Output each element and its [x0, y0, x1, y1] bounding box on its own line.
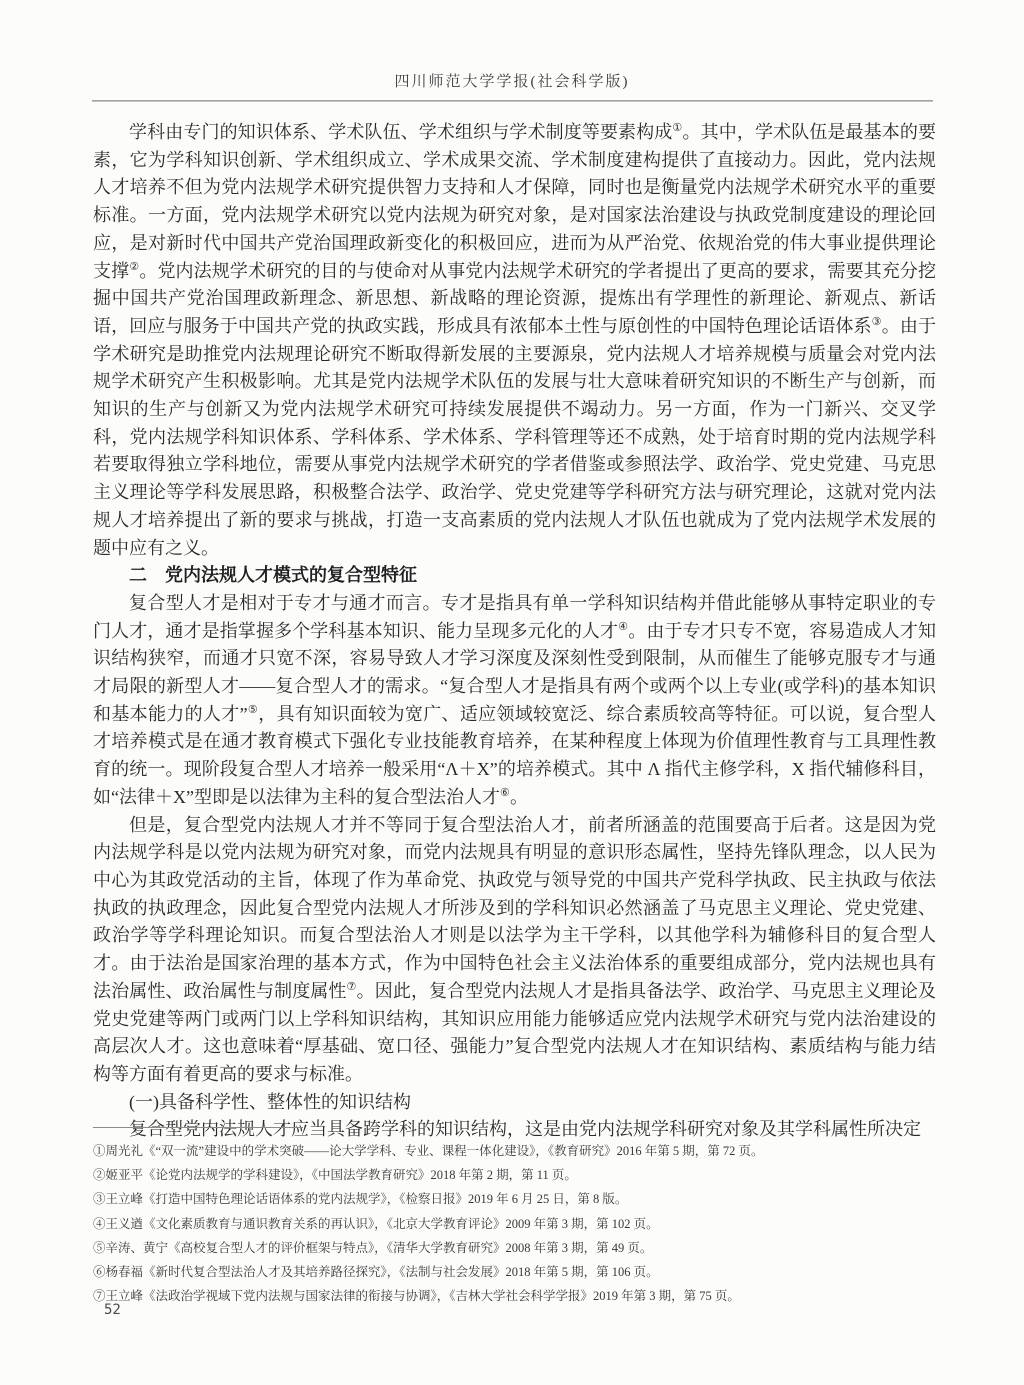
section-heading-2: 二 党内法规人才模式的复合型特征 [93, 562, 936, 590]
page-number: 52 [104, 1302, 121, 1318]
paragraph-composite-talent: 复合型人才是相对于专才与通才而言。专才是指具有单一学科知识结构并借此能够从事特定… [93, 590, 936, 812]
footnote-6: ⑥杨春福《新时代复合型法治人才及其培养路径探究》，《法制与社会发展》2018 年… [93, 1260, 938, 1284]
footnotes-block: ①周光礼《“双一流”建设中的学术突破——论大学学科、专业、课程一体化建设》，《教… [93, 1139, 938, 1308]
article-body: 学科由专门的知识体系、学术队伍、学术组织与学术制度等要素构成①。其中，学术队伍是… [93, 119, 936, 1144]
footnote-3: ③王立峰《打造中国特色理论话语体系的党内法规学》，《检察日报》2019 年 6 … [93, 1187, 938, 1211]
footnote-1: ①周光礼《“双一流”建设中的学术突破——论大学学科、专业、课程一体化建设》，《教… [93, 1139, 938, 1163]
journal-page: 四川师范大学学报(社会科学版) 学科由专门的知识体系、学术队伍、学术组织与学术制… [0, 0, 1024, 1385]
paragraph-distinction: 但是，复合型党内法规人才并不等同于复合型法治人才，前者所涵盖的范围要高于后者。这… [93, 812, 936, 1089]
subsection-heading-1: (一)具备科学性、整体性的知识结构 [93, 1089, 936, 1117]
journal-title: 四川师范大学学报(社会科学版) [395, 74, 630, 90]
footnote-divider [93, 1127, 303, 1128]
footnote-4: ④王义遒《文化素质教育与通识教育关系的再认识》，《北京大学教育评论》2009 年… [93, 1212, 938, 1236]
header-divider [92, 100, 933, 102]
footnote-2: ②姬亚平《论党内法规学的学科建设》，《中国法学教育研究》2018 年第 2 期，… [93, 1163, 938, 1187]
running-head: 四川师范大学学报(社会科学版) [0, 70, 1024, 91]
paragraph-intro-discipline: 学科由专门的知识体系、学术队伍、学术组织与学术制度等要素构成①。其中，学术队伍是… [93, 119, 936, 562]
footnote-7: ⑦王立峰《法政治学视域下党内法规与国家法律的衔接与协调》，《吉林大学社会科学学报… [93, 1284, 938, 1308]
footnote-5: ⑤辛涛、黄宁《高校复合型人才的评价框架与特点》，《清华大学教育研究》2008 年… [93, 1236, 938, 1260]
